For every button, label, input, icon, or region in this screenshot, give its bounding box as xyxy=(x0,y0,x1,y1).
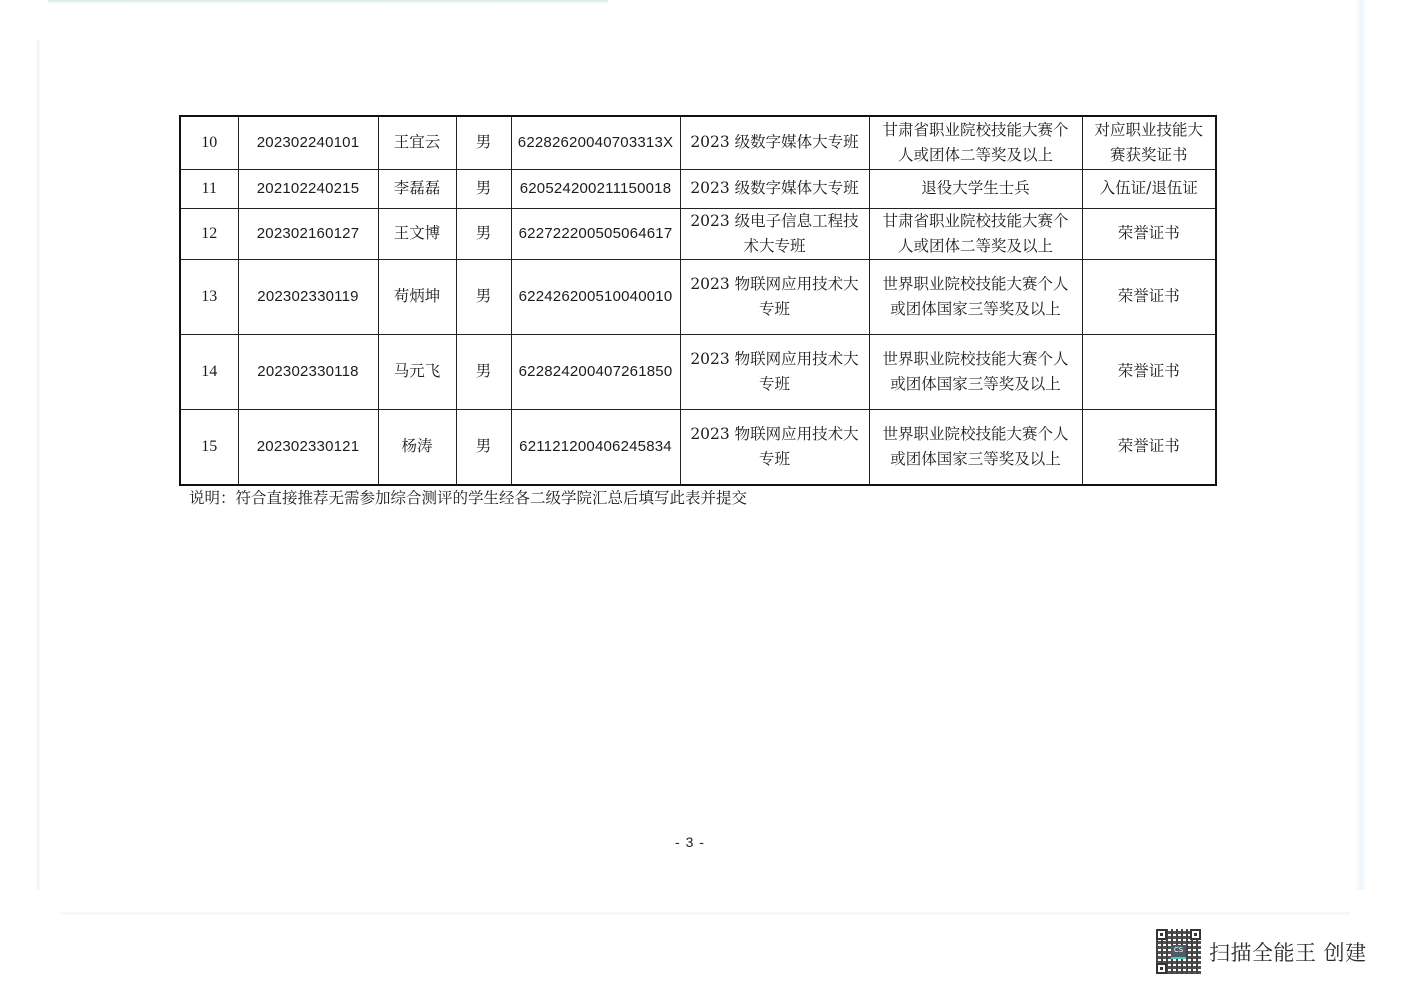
table-row: 10 202302240101 王宜云 男 62282620040703313X… xyxy=(180,116,1216,169)
scan-edge-top xyxy=(48,0,608,4)
cell-gender: 男 xyxy=(456,208,511,259)
cell-student-id: 202102240215 xyxy=(238,169,378,208)
cell-id-card: 622722200505064617 xyxy=(511,208,680,259)
cell-award: 退役大学生士兵 xyxy=(869,169,1082,208)
table-row: 11 202102240215 李磊磊 男 620524200211150018… xyxy=(180,169,1216,208)
cell-gender: 男 xyxy=(456,409,511,485)
cell-name: 苟炳坤 xyxy=(378,259,456,334)
qr-code-icon: CS xyxy=(1156,929,1201,974)
cell-id-card: 622824200407261850 xyxy=(511,334,680,409)
scan-edge-left xyxy=(36,40,40,890)
cell-name: 杨涛 xyxy=(378,409,456,485)
cell-class: 2023 级数字媒体大专班 xyxy=(680,169,869,208)
cell-student-id: 202302160127 xyxy=(238,208,378,259)
cell-proof: 荣誉证书 xyxy=(1082,334,1216,409)
cell-class: 2023 物联网应用技术大专班 xyxy=(680,334,869,409)
cell-index: 11 xyxy=(180,169,238,208)
table-row: 13 202302330119 苟炳坤 男 622426200510040010… xyxy=(180,259,1216,334)
scanner-watermark: CS 扫描全能王 创建 xyxy=(1156,929,1367,974)
cell-gender: 男 xyxy=(456,259,511,334)
cell-class: 2023 物联网应用技术大专班 xyxy=(680,259,869,334)
cell-gender: 男 xyxy=(456,334,511,409)
cell-id-card: 62282620040703313X xyxy=(511,116,680,169)
cell-student-id: 202302330119 xyxy=(238,259,378,334)
cell-award: 世界职业院校技能大赛个人或团体国家三等奖及以上 xyxy=(869,259,1082,334)
cell-award: 世界职业院校技能大赛个人或团体国家三等奖及以上 xyxy=(869,409,1082,485)
cell-gender: 男 xyxy=(456,169,511,208)
cell-index: 15 xyxy=(180,409,238,485)
table-row: 15 202302330121 杨涛 男 621121200406245834 … xyxy=(180,409,1216,485)
cell-name: 李磊磊 xyxy=(378,169,456,208)
cell-proof: 荣誉证书 xyxy=(1082,259,1216,334)
cell-proof: 入伍证/退伍证 xyxy=(1082,169,1216,208)
cell-class: 2023 级数字媒体大专班 xyxy=(680,116,869,169)
app-logo-icon: CS xyxy=(1171,945,1186,959)
cell-class: 2023 物联网应用技术大专班 xyxy=(680,409,869,485)
cell-id-card: 622426200510040010 xyxy=(511,259,680,334)
student-recommendation-table: 10 202302240101 王宜云 男 62282620040703313X… xyxy=(179,115,1217,486)
cell-class: 2023 级电子信息工程技术大专班 xyxy=(680,208,869,259)
cell-id-card: 620524200211150018 xyxy=(511,169,680,208)
cell-award: 世界职业院校技能大赛个人或团体国家三等奖及以上 xyxy=(869,334,1082,409)
cell-award: 甘肃省职业院校技能大赛个人或团体二等奖及以上 xyxy=(869,208,1082,259)
table-row: 12 202302160127 王文博 男 622722200505064617… xyxy=(180,208,1216,259)
table-note: 说明：符合直接推荐无需参加综合测评的学生经各二级学院汇总后填写此表并提交 xyxy=(189,486,747,508)
scan-edge-right xyxy=(1355,0,1367,890)
cell-name: 王宜云 xyxy=(378,116,456,169)
cell-name: 马元飞 xyxy=(378,334,456,409)
table-body: 10 202302240101 王宜云 男 62282620040703313X… xyxy=(180,116,1216,485)
cell-index: 13 xyxy=(180,259,238,334)
cell-student-id: 202302330118 xyxy=(238,334,378,409)
cell-student-id: 202302330121 xyxy=(238,409,378,485)
table-row: 14 202302330118 马元飞 男 622824200407261850… xyxy=(180,334,1216,409)
cell-index: 10 xyxy=(180,116,238,169)
page-number: - 3 - xyxy=(0,834,1380,850)
cell-proof: 荣誉证书 xyxy=(1082,409,1216,485)
cell-id-card: 621121200406245834 xyxy=(511,409,680,485)
cell-proof: 荣誉证书 xyxy=(1082,208,1216,259)
cell-proof: 对应职业技能大赛获奖证书 xyxy=(1082,116,1216,169)
cell-index: 14 xyxy=(180,334,238,409)
cell-index: 12 xyxy=(180,208,238,259)
cell-name: 王文博 xyxy=(378,208,456,259)
watermark-text: 扫描全能王 创建 xyxy=(1209,937,1367,967)
cell-gender: 男 xyxy=(456,116,511,169)
scan-edge-bottom xyxy=(60,912,1350,915)
cell-award: 甘肃省职业院校技能大赛个人或团体二等奖及以上 xyxy=(869,116,1082,169)
cell-student-id: 202302240101 xyxy=(238,116,378,169)
